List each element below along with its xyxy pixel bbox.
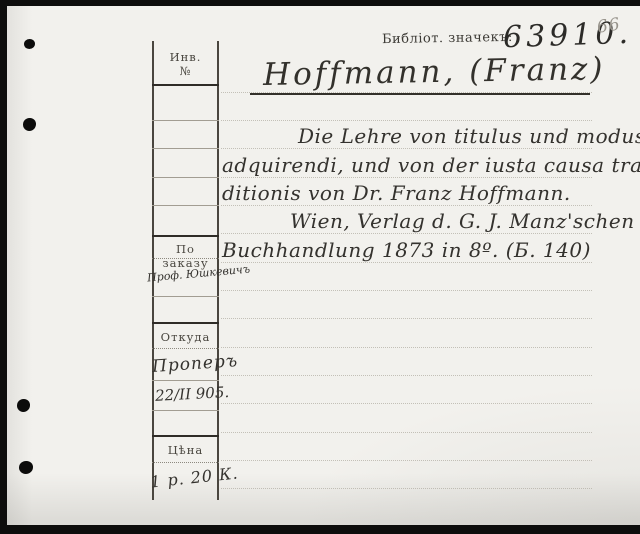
column-rule <box>152 348 219 349</box>
scan-edge-bottom <box>0 526 640 534</box>
ruled-line <box>221 120 592 121</box>
ruled-line <box>221 290 592 291</box>
ruled-line <box>221 262 592 263</box>
scanned-catalog-card: Инв. № По заказу Откуда Цѣна Проф. Юшкев… <box>0 0 640 534</box>
ruled-line <box>221 233 592 234</box>
column-divider <box>152 322 219 324</box>
heading-underline <box>250 93 590 95</box>
ruled-line <box>221 375 592 376</box>
column-divider <box>152 84 219 86</box>
body-line: Wien, Verlag d. G. J. Manz'schen <box>290 209 635 233</box>
column-rule <box>152 120 219 121</box>
scan-edge-top <box>0 0 640 6</box>
ruled-line <box>221 460 592 461</box>
ruled-line <box>221 177 592 178</box>
ruled-line <box>221 148 592 149</box>
ruled-line <box>221 318 592 319</box>
column-rule <box>152 296 219 297</box>
body-line: adquirendi, und von der iusta causa tra … <box>222 153 640 177</box>
ruled-line <box>221 205 592 206</box>
column-rule <box>152 177 219 178</box>
pencil-corner-number: 66 <box>596 14 622 37</box>
price-label: Цѣна <box>152 443 219 457</box>
column-rule <box>152 148 219 149</box>
body-line: ditionis von Dr. Franz Hoffmann. <box>222 181 571 205</box>
body-line: Buchhandlung 1873 in 8º. (Б. 140) <box>222 238 591 262</box>
ruled-line <box>221 432 592 433</box>
inventory-number-sign: № <box>152 64 219 78</box>
column-rule <box>152 462 219 463</box>
inventory-number-label: Инв. <box>152 50 219 64</box>
column-rule <box>152 380 219 381</box>
body-line: Die Lehre von titulus und modus <box>298 124 640 148</box>
ruled-line <box>221 488 592 489</box>
column-divider <box>152 235 219 237</box>
column-divider <box>152 435 219 437</box>
column-rule <box>152 205 219 206</box>
ruled-line <box>221 403 592 404</box>
origin-label: Откуда <box>152 330 219 344</box>
ruled-line <box>221 347 592 348</box>
column-rule <box>152 410 219 411</box>
author-heading: Hoffmann, (Franz) <box>263 51 606 93</box>
scan-edge-left <box>0 0 7 534</box>
library-mark-label: Библіот. значекъ: <box>382 30 513 47</box>
